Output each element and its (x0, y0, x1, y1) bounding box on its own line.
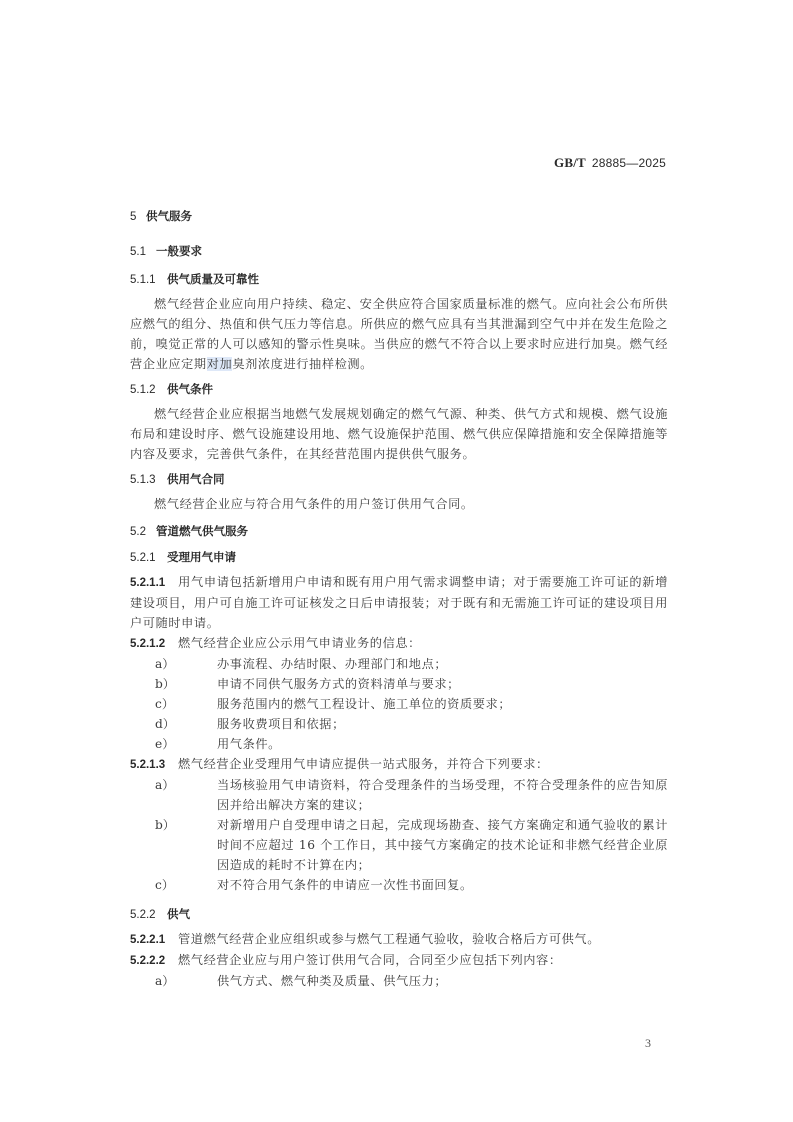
section-number: 5.1.2 (130, 379, 167, 401)
heading-section-5-1-3: 5.1.3供用气合同 (130, 468, 668, 490)
section-number: 5.1.1 (130, 269, 167, 291)
clause-5-2-2-2: 5.2.2.2燃气经营企业应与用户签订供用气合同，合同至少应包括下列内容： (130, 950, 668, 971)
list-item: b）申请不同供气服务方式的资料清单与要求； (130, 674, 668, 694)
section-title: 供用气合同 (167, 472, 225, 486)
list-item-text: 供气方式、燃气种类及质量、供气压力； (217, 974, 447, 988)
paragraph-5-1-3: 燃气经营企业应与符合用气条件的用户签订供用气合同。 (130, 494, 668, 514)
list-marker: c） (155, 694, 174, 714)
clause-text: 燃气经营企业应与用户签订供用气合同，合同至少应包括下列内容： (178, 953, 562, 967)
list-marker: a） (155, 971, 174, 991)
clause-5-2-1-3: 5.2.1.3燃气经营企业受理用气申请应提供一站式服务，并符合下列要求： (130, 754, 668, 775)
list-item-text: 服务范围内的燃气工程设计、施工单位的资质要求； (217, 697, 511, 711)
heading-section-5-2-2: 5.2.2供气 (130, 903, 668, 925)
list-marker: b） (155, 674, 175, 694)
section-title: 一般要求 (156, 244, 202, 258)
clause-5-2-1-2: 5.2.1.2燃气经营企业应公示用气申请业务的信息： (130, 633, 668, 654)
list-item: c）服务范围内的燃气工程设计、施工单位的资质要求； (130, 694, 668, 714)
standard-code-header: GB/T28885—2025 (554, 155, 666, 171)
clause-text: 管道燃气经营企业应组织或参与燃气工程通气验收，验收合格后方可供气。 (178, 932, 600, 946)
heading-section-5-2-1: 5.2.1受理用气申请 (130, 546, 668, 568)
section-title: 供气质量及可靠性 (167, 272, 259, 286)
section-number: 5.2.1 (130, 547, 167, 569)
heading-section-5: 5供气服务 (130, 205, 668, 227)
section-number: 5.2 (130, 521, 156, 543)
clause-number: 5.2.1.1 (130, 573, 178, 593)
list-marker: a） (155, 775, 174, 795)
section-title: 供气服务 (146, 209, 192, 223)
document-page: GB/T28885—2025 5供气服务 5.1一般要求 5.1.1供气质量及可… (0, 0, 793, 1122)
section-title: 供气 (167, 907, 190, 921)
list-5-2-2-2: a）供气方式、燃气种类及质量、供气压力； (130, 971, 668, 991)
list-item-text: 用气条件。 (217, 737, 281, 751)
heading-section-5-2: 5.2管道燃气供气服务 (130, 520, 668, 542)
list-item-text: 对不符合用气条件的申请应一次性书面回复。 (217, 878, 473, 892)
heading-section-5-1: 5.1一般要求 (130, 240, 668, 262)
standard-number: 28885—2025 (592, 156, 666, 170)
heading-section-5-1-1: 5.1.1供气质量及可靠性 (130, 268, 668, 290)
clause-number: 5.2.1.2 (130, 634, 178, 654)
list-item-text: 服务收费项目和依据； (217, 717, 345, 731)
list-item-text: 申请不同供气服务方式的资料清单与要求； (217, 677, 460, 691)
list-item: c）对不符合用气条件的申请应一次性书面回复。 (130, 875, 668, 895)
clause-text: 燃气经营企业受理用气申请应提供一站式服务，并符合下列要求： (178, 757, 549, 771)
clause-text: 用气申请包括新增用户申请和既有用户用气需求调整申请；对于需要施工许可证的新增建设… (130, 575, 668, 630)
list-5-2-1-2: a）办事流程、办结时限、办理部门和地点； b）申请不同供气服务方式的资料清单与要… (130, 654, 668, 754)
list-5-2-1-3: a）当场核验用气申请资料，符合受理条件的当场受理，不符合受理条件的应告知原因并给… (130, 775, 668, 895)
clause-number: 5.2.1.3 (130, 755, 178, 775)
clause-5-2-1-1: 5.2.1.1用气申请包括新增用户申请和既有用户用气需求调整申请；对于需要施工许… (130, 572, 668, 633)
paragraph-5-1-1: 燃气经营企业应向用户持续、稳定、安全供应符合国家质量标准的燃气。应向社会公布所供… (130, 294, 668, 374)
text-selection-highlight[interactable]: 对加 (207, 357, 233, 371)
section-number: 5.1 (130, 241, 156, 263)
list-item-text: 当场核验用气申请资料，符合受理条件的当场受理，不符合受理条件的应告知原因并给出解… (217, 778, 668, 812)
list-item: d）服务收费项目和依据； (130, 714, 668, 734)
document-body: 5供气服务 5.1一般要求 5.1.1供气质量及可靠性 燃气经营企业应向用户持续… (130, 205, 668, 991)
list-item: a）办事流程、办结时限、办理部门和地点； (130, 654, 668, 674)
list-marker: b） (155, 815, 175, 835)
section-number: 5 (130, 206, 146, 228)
list-marker: c） (155, 875, 174, 895)
list-item: a）供气方式、燃气种类及质量、供气压力； (130, 971, 668, 991)
clause-5-2-2-1: 5.2.2.1管道燃气经营企业应组织或参与燃气工程通气验收，验收合格后方可供气。 (130, 929, 668, 950)
standard-prefix: GB/T (554, 155, 586, 170)
list-item-text: 办事流程、办结时限、办理部门和地点； (217, 657, 447, 671)
clause-number: 5.2.2.1 (130, 930, 178, 950)
list-marker: d） (155, 714, 175, 734)
list-item-text: 对新增用户自受理申请之日起，完成现场勘查、接气方案确定和通气验收的累计时间不应超… (217, 818, 668, 872)
section-title: 供气条件 (167, 382, 213, 396)
page-number: 3 (645, 1036, 651, 1051)
clause-text: 燃气经营企业应公示用气申请业务的信息： (178, 636, 421, 650)
paragraph-5-1-2: 燃气经营企业应根据当地燃气发展规划确定的燃气气源、种类、供气方式和规模、燃气设施… (130, 404, 668, 464)
clause-number: 5.2.2.2 (130, 951, 178, 971)
list-marker: a） (155, 654, 174, 674)
paragraph-text: 臭剂浓度进行抽样检测。 (232, 357, 373, 371)
list-item: a）当场核验用气申请资料，符合受理条件的当场受理，不符合受理条件的应告知原因并给… (130, 775, 668, 815)
section-number: 5.2.2 (130, 904, 167, 926)
list-item: e）用气条件。 (130, 734, 668, 754)
section-number: 5.1.3 (130, 469, 167, 491)
heading-section-5-1-2: 5.1.2供气条件 (130, 378, 668, 400)
list-marker: e） (155, 734, 174, 754)
list-item: b）对新增用户自受理申请之日起，完成现场勘查、接气方案确定和通气验收的累计时间不… (130, 815, 668, 875)
section-title: 管道燃气供气服务 (156, 524, 248, 538)
section-title: 受理用气申请 (167, 550, 236, 564)
